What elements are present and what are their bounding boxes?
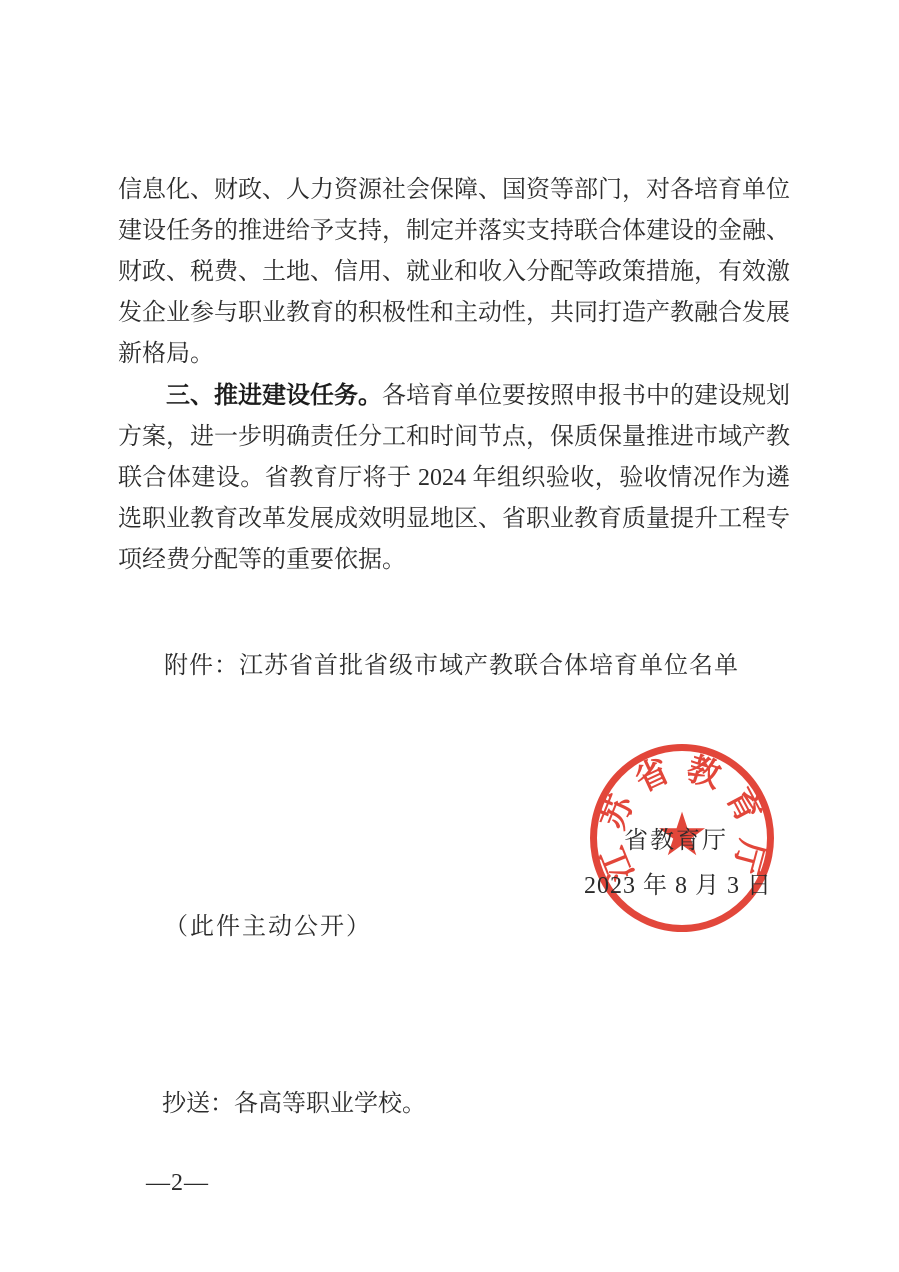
attachment-line: 附件：江苏省首批省级市域产教联合体培育单位名单 xyxy=(164,646,739,687)
page-number: —2— xyxy=(146,1163,209,1204)
issue-date: 2023 年 8 月 3 日 xyxy=(584,866,772,907)
document-page: 信息化、财政、人力资源社会保障、国资等部门，对各培育单位建设任务的推进给予支持，… xyxy=(0,0,899,1272)
copy-to-line: 抄送：各高等职业学校。 xyxy=(162,1084,426,1125)
section-heading: 三、推进建设任务。 xyxy=(166,382,382,409)
paragraph-1-text: 信息化、财政、人力资源社会保障、国资等部门，对各培育单位建设任务的推进给予支持，… xyxy=(118,177,790,367)
paragraph-2-text: 各培育单位要按照申报书中的建设规划方案，进一步明确责任分工和时间节点，保质保量推… xyxy=(118,383,790,573)
body-paragraph-2: 三、推进建设任务。各培育单位要按照申报书中的建设规划方案，进一步明确责任分工和时… xyxy=(118,375,790,581)
document-body: 信息化、财政、人力资源社会保障、国资等部门，对各培育单位建设任务的推进给予支持，… xyxy=(118,170,790,581)
body-paragraph-1: 信息化、财政、人力资源社会保障、国资等部门，对各培育单位建设任务的推进给予支持，… xyxy=(118,170,790,375)
issuer-name: 省教育厅 xyxy=(624,821,728,862)
disclosure-note: （此件主动公开） xyxy=(164,907,372,948)
